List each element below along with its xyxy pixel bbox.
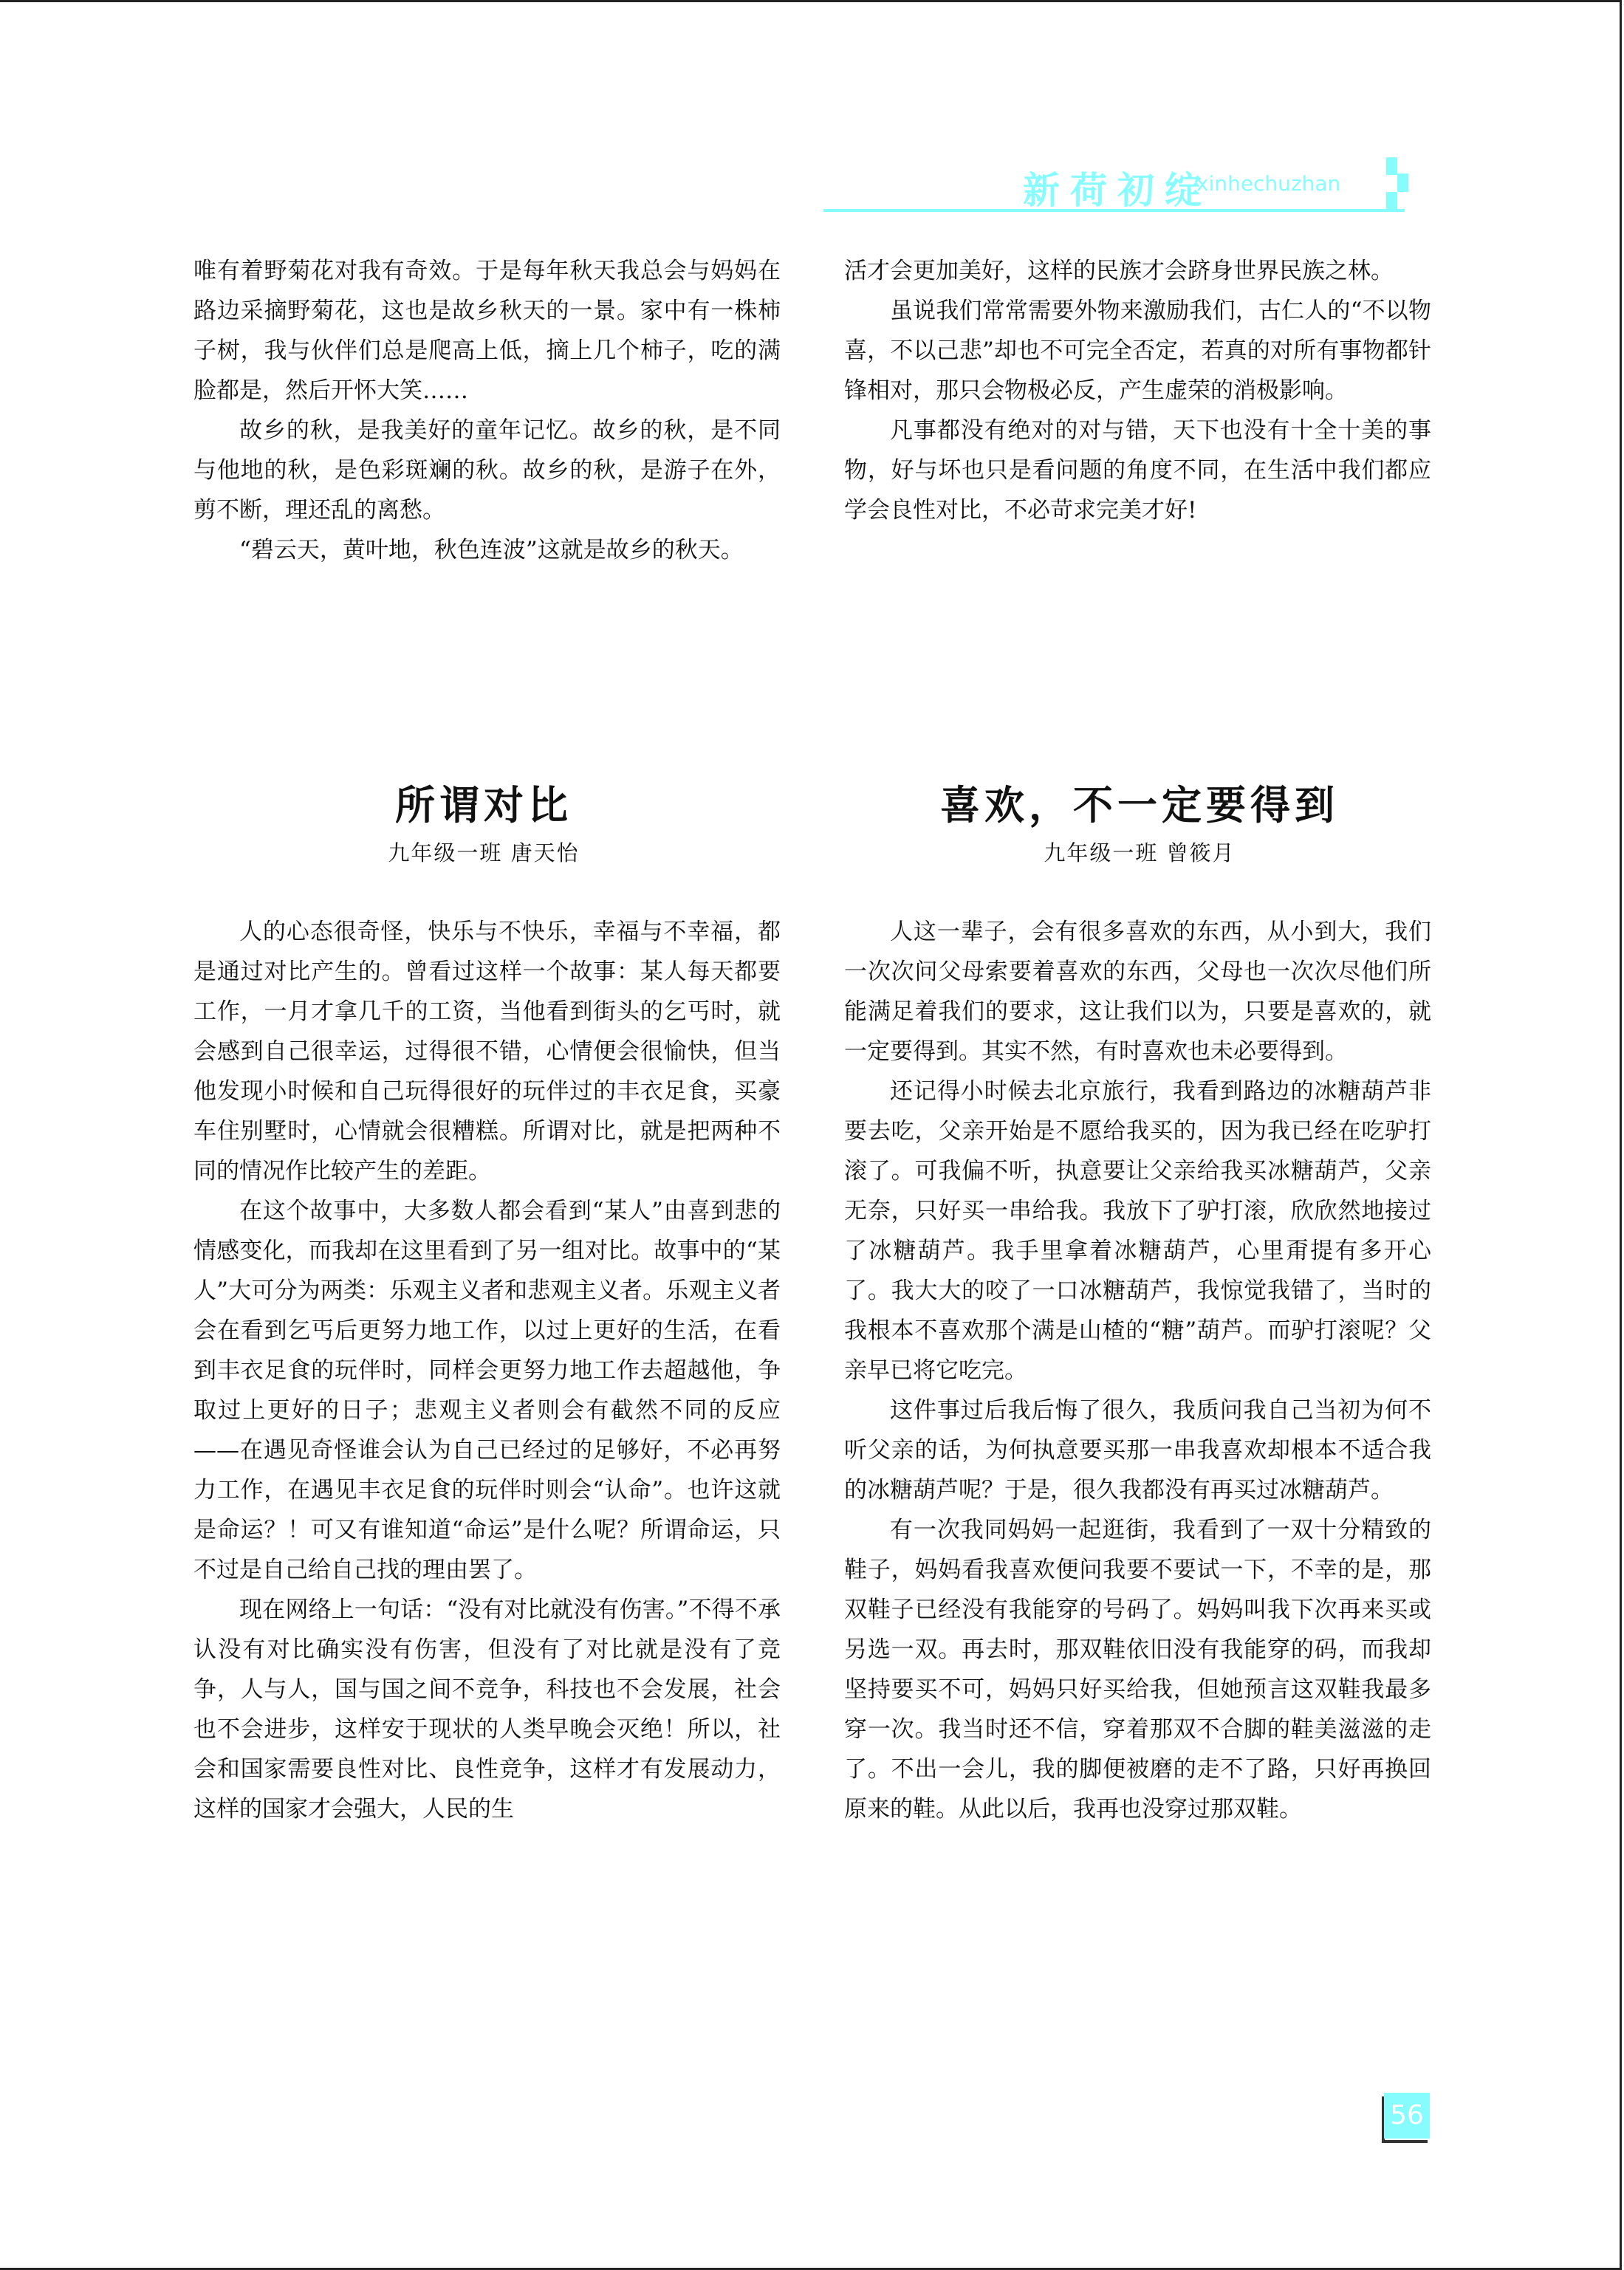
decorative-block-icon bbox=[1386, 157, 1397, 175]
page-number: 56 bbox=[1384, 2093, 1430, 2139]
paragraph: 凡事都没有绝对的对与错，天下也没有十全十美的事物，好与坏也只是看问题的角度不同，… bbox=[844, 411, 1431, 530]
article-byline: 九年级一班 曾筱月 bbox=[844, 837, 1435, 867]
paragraph: 人的心态很奇怪，快乐与不快乐，幸福与不幸福，都是通过对比产生的。曾看过这样一个故… bbox=[193, 912, 781, 1191]
page-number-shadow bbox=[1382, 2140, 1428, 2143]
paragraph: 在这个故事中，大多数人都会看到“某人”由喜到悲的情感变化，而我却在这里看到了另一… bbox=[193, 1191, 781, 1590]
section-title: 新荷初绽 bbox=[1023, 161, 1212, 214]
section-pinyin: xinhechuzhan bbox=[1196, 171, 1340, 196]
article-byline: 九年级一班 唐天怡 bbox=[188, 837, 779, 867]
article-title: 所谓对比 bbox=[188, 774, 779, 831]
article-title: 喜欢，不一定要得到 bbox=[844, 774, 1435, 831]
article-body-right: 人这一辈子，会有很多喜欢的东西，从小到大，我们一次次问父母索要着喜欢的东西，父母… bbox=[844, 912, 1431, 1829]
paragraph: 故乡的秋，是我美好的童年记忆。故乡的秋，是不同与他地的秋，是色彩斑斓的秋。故乡的… bbox=[193, 411, 781, 530]
paragraph: 这件事过后我后悔了很久，我质问我自己当初为何不听父亲的话，为何执意要买那一串我喜… bbox=[844, 1391, 1431, 1510]
paragraph: 还记得小时候去北京旅行，我看到路边的冰糖葫芦非要去吃，父亲开始是不愿给我买的，因… bbox=[844, 1071, 1431, 1391]
paragraph: 有一次我同妈妈一起逛街，我看到了一双十分精致的鞋子，妈妈看我喜欢便问我要不要试一… bbox=[844, 1510, 1431, 1829]
decorative-block-icon bbox=[1386, 192, 1397, 210]
continued-article-right: 活才会更加美好，这样的民族才会跻身世界民族之林。 虽说我们常常需要外物来激励我们… bbox=[844, 251, 1431, 530]
header-rule bbox=[823, 209, 1405, 212]
paragraph: 人这一辈子，会有很多喜欢的东西，从小到大，我们一次次问父母索要着喜欢的东西，父母… bbox=[844, 912, 1431, 1071]
decorative-block-icon bbox=[1397, 174, 1408, 192]
article-body-left: 人的心态很奇怪，快乐与不快乐，幸福与不幸福，都是通过对比产生的。曾看过这样一个故… bbox=[193, 912, 781, 1829]
paragraph: 活才会更加美好，这样的民族才会跻身世界民族之林。 bbox=[844, 251, 1431, 291]
paragraph: 现在网络上一句话：“没有对比就没有伤害。”不得不承认没有对比确实没有伤害，但没有… bbox=[193, 1590, 781, 1829]
paragraph: 虽说我们常常需要外物来激励我们，古仁人的“不以物喜，不以己悲”却也不可完全否定，… bbox=[844, 291, 1431, 411]
paragraph: 唯有着野菊花对我有奇效。于是每年秋天我总会与妈妈在路边采摘野菊花，这也是故乡秋天… bbox=[193, 251, 781, 411]
continued-article-left: 唯有着野菊花对我有奇效。于是每年秋天我总会与妈妈在路边采摘野菊花，这也是故乡秋天… bbox=[193, 251, 781, 570]
paragraph: “碧云天，黄叶地，秋色连波”这就是故乡的秋天。 bbox=[193, 530, 781, 570]
